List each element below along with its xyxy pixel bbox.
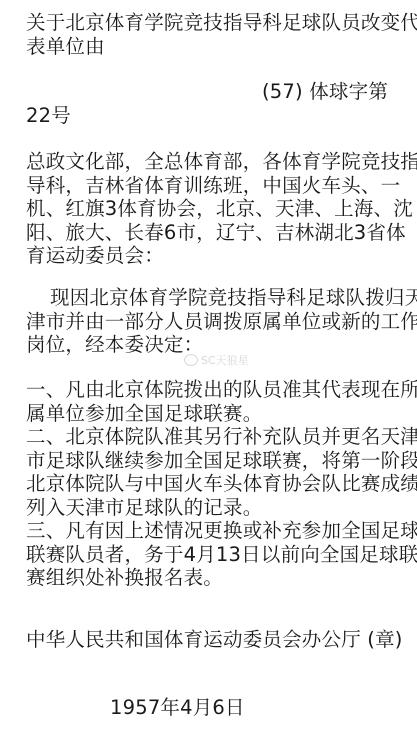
title-line: 关于北京体育学院竞技指导科足球队员改变代 [26, 11, 417, 35]
date: 1957年4月6日 [110, 696, 245, 720]
title-line: 表单位由 [26, 35, 417, 59]
recipients: 总政文化部，全总体育部，各体育学院竞技指 导科，吉林省体育训练班，中国火车头、一… [26, 150, 417, 268]
doc-number-cont: 22号 [26, 104, 71, 128]
body-paragraph: 现因北京体育学院竞技指导科足球队拨归天 津市并由一部分人员调拨原属单位或新的工作… [26, 286, 417, 357]
document-title: 关于北京体育学院竞技指导科足球队员改变代 表单位由 [26, 11, 417, 58]
doc-number: (57) 体球字第 [262, 80, 388, 104]
weibo-icon [184, 354, 198, 366]
signature: 中华人民共和国体育运动委员会办公厅 (章) [26, 628, 403, 652]
watermark: SC天狼星 [184, 352, 249, 368]
decision-items: 一、凡由北京体院拨出的队员准其代表现在所 属单位参加全国足球联赛。 二、北京体院… [26, 378, 417, 590]
